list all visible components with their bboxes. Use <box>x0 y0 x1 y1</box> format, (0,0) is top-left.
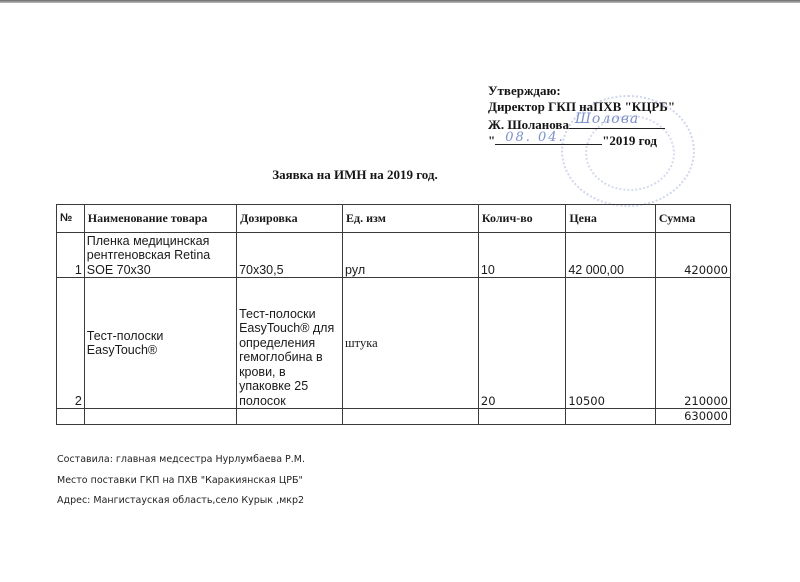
cell-sum: 420000 <box>655 233 730 278</box>
handwritten-date: 08. 04. <box>505 130 564 146</box>
approval-date-line: "08. 04."2019 год <box>488 131 675 147</box>
cell-unit: штука <box>343 278 479 409</box>
table-row: 2 Тест-полоски EasyTouch® Тест-полоски E… <box>57 278 731 409</box>
cell-name: Тест-полоски EasyTouch® <box>84 278 236 409</box>
cell-sum: 210000 <box>655 278 730 409</box>
table-row: 1 Пленка медицинская рентгеновская Retin… <box>57 233 731 278</box>
cell-unit: рул <box>343 233 479 278</box>
cell-empty <box>57 409 85 425</box>
document-title: Заявка на ИМН на 2019 год. <box>0 167 710 183</box>
cell-num: 1 <box>57 233 85 278</box>
date-blank-line: 08. 04. <box>495 131 602 145</box>
scan-edge <box>0 0 800 3</box>
table-header-row: № Наименование товара Дозировка Ед. изм … <box>57 205 731 233</box>
date-open-quote: " <box>488 133 495 148</box>
cell-qty: 20 <box>478 278 565 409</box>
footer-notes: Составила: главная медсестра Нурлумбаева… <box>57 450 305 512</box>
cell-price: 10500 <box>566 278 656 409</box>
header-price: Цена <box>566 205 656 233</box>
header-qty: Колич-во <box>478 205 565 233</box>
cell-empty <box>566 409 656 425</box>
cell-qty: 10 <box>478 233 565 278</box>
order-table: № Наименование товара Дозировка Ед. изм … <box>56 204 731 425</box>
handwritten-signature: Шолова <box>575 111 639 127</box>
approval-signer-line: Ж. ШолановаШолова <box>488 115 675 131</box>
cell-price: 42 000,00 <box>566 233 656 278</box>
header-sum: Сумма <box>655 205 730 233</box>
date-year: "2019 год <box>602 133 657 148</box>
cell-total: 630000 <box>655 409 730 425</box>
header-name: Наименование товара <box>84 205 236 233</box>
delivery-place: Место поставки ГКП на ПХВ "Каракиянская … <box>57 471 305 492</box>
table-total-row: 630000 <box>57 409 731 425</box>
cell-num: 2 <box>57 278 85 409</box>
cell-name: Пленка медицинская рентгеновская Retina … <box>84 233 236 278</box>
cell-empty <box>478 409 565 425</box>
cell-dosage: Тест-полоски EasyTouch® для определения … <box>237 278 343 409</box>
cell-empty <box>343 409 479 425</box>
header-unit: Ед. изм <box>343 205 479 233</box>
approval-block: Утверждаю: Директор ГКП наПХВ "КЦРБ" Ж. … <box>488 83 675 147</box>
address: Адрес: Мангистауская область,село Курык … <box>57 491 305 512</box>
cell-empty <box>84 409 236 425</box>
header-dosage: Дозировка <box>237 205 343 233</box>
header-num: № <box>57 205 85 233</box>
approval-heading: Утверждаю: <box>488 83 675 99</box>
cell-empty <box>237 409 343 425</box>
signature-line: Шолова <box>569 115 665 129</box>
cell-dosage: 70x30,5 <box>237 233 343 278</box>
compiled-by: Составила: главная медсестра Нурлумбаева… <box>57 450 305 471</box>
